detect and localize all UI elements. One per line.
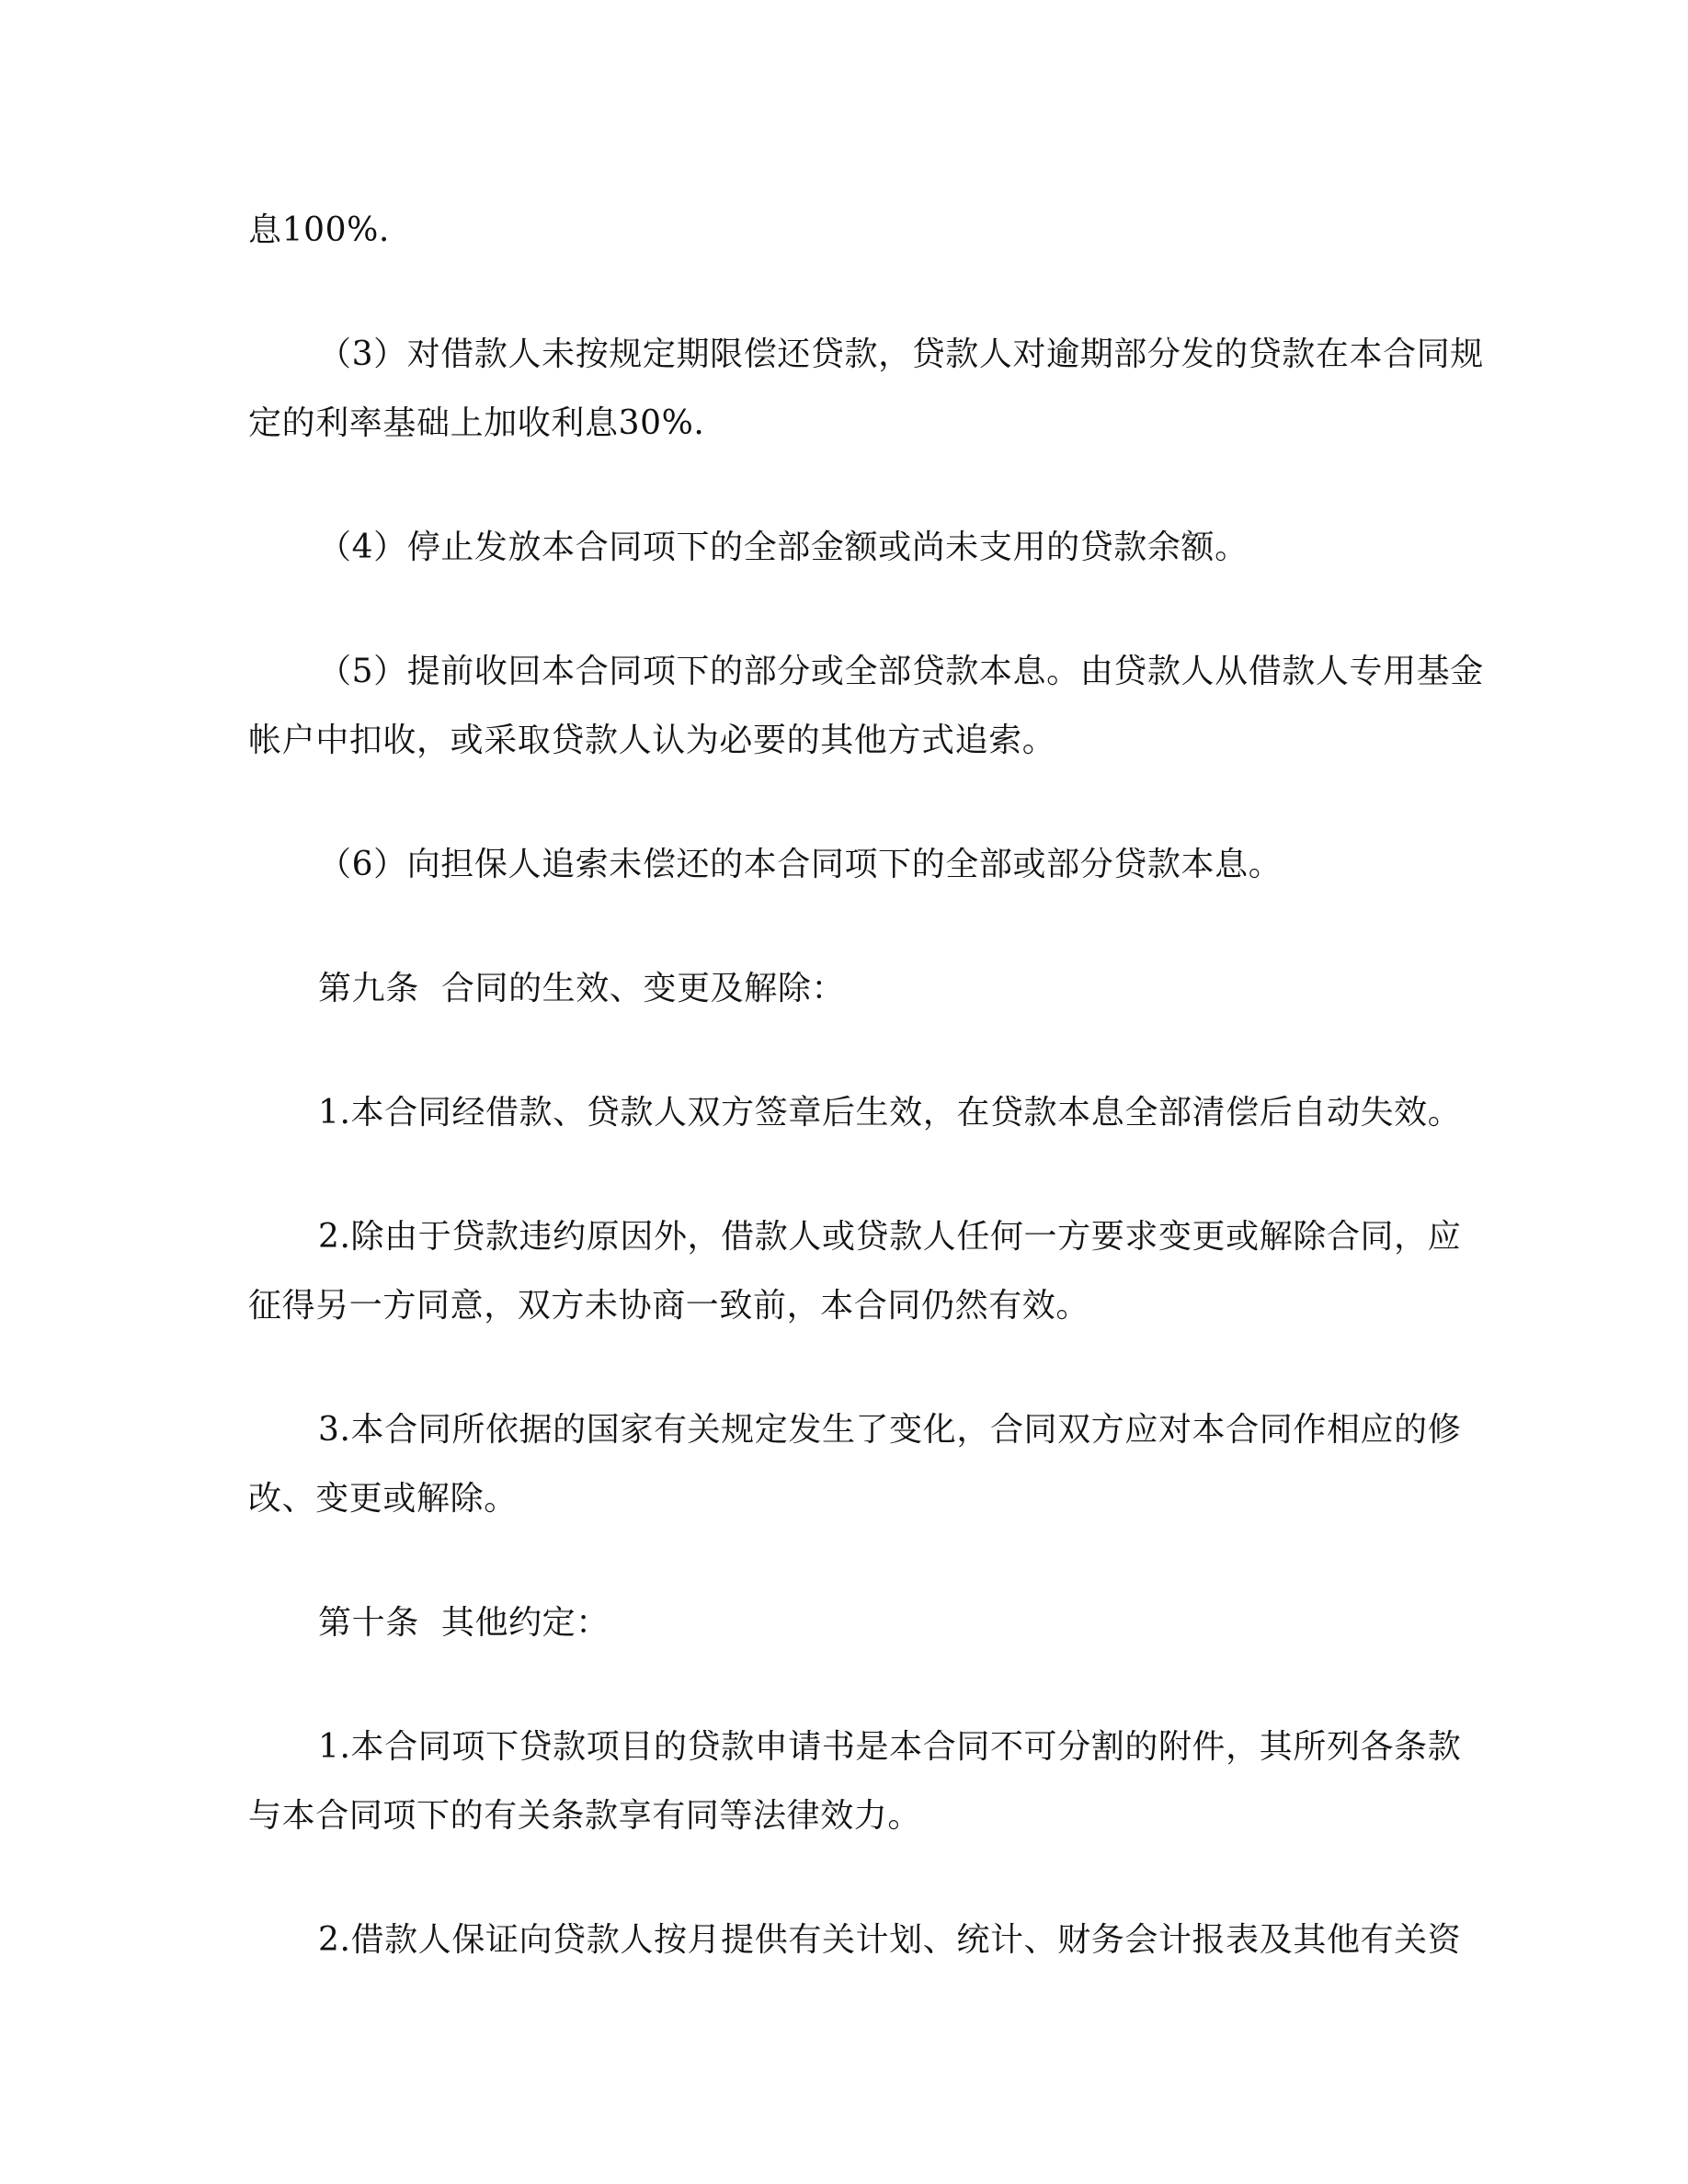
text-line: 与本合同项下的有关条款享有同等法律效力。	[248, 1781, 1434, 1850]
text-line: 1.本合同项下贷款项目的贷款申请书是本合同不可分割的附件，其所列各条款	[248, 1712, 1434, 1781]
document-page: 息100%. （3）对借款人未按规定期限偿还贷款，贷款人对逾期部分发的贷款在本合…	[248, 196, 1434, 2030]
paragraph-article-9-clause-2: 2.除由于贷款违约原因外，借款人或贷款人任何一方要求变更或解除合同，应 征得另一…	[248, 1202, 1434, 1340]
text-line: 帐户中扣收，或采取贷款人认为必要的其他方式追索。	[248, 706, 1434, 775]
paragraph-article-9-clause-1: 1.本合同经借款、贷款人双方签章后生效，在贷款本息全部清偿后自动失效。	[248, 1078, 1434, 1147]
text-line: 2.除由于贷款违约原因外，借款人或贷款人任何一方要求变更或解除合同，应	[248, 1202, 1434, 1271]
paragraph-item-4: （4）停止发放本合同项下的全部金额或尚未支用的贷款余额。	[248, 513, 1434, 582]
text-line: （6）向担保人追索未偿还的本合同项下的全部或部分贷款本息。	[248, 830, 1434, 899]
text-line: （4）停止发放本合同项下的全部金额或尚未支用的贷款余额。	[248, 513, 1434, 582]
heading-text: 第九条 合同的生效、变更及解除：	[248, 954, 1434, 1023]
section-heading-article-10: 第十条 其他约定：	[248, 1588, 1434, 1657]
paragraph-article-9-clause-3: 3.本合同所依据的国家有关规定发生了变化，合同双方应对本合同作相应的修 改、变更…	[248, 1395, 1434, 1533]
text-line: 1.本合同经借款、贷款人双方签章后生效，在贷款本息全部清偿后自动失效。	[248, 1078, 1434, 1147]
text-line: 改、变更或解除。	[248, 1464, 1434, 1533]
paragraph-item-3: （3）对借款人未按规定期限偿还贷款，贷款人对逾期部分发的贷款在本合同规 定的利率…	[248, 320, 1434, 458]
text-line: 息100%.	[248, 196, 1434, 265]
paragraph-interest-100: 息100%.	[248, 196, 1434, 265]
text-line: 3.本合同所依据的国家有关规定发生了变化，合同双方应对本合同作相应的修	[248, 1395, 1434, 1464]
text-line: （3）对借款人未按规定期限偿还贷款，贷款人对逾期部分发的贷款在本合同规	[248, 320, 1434, 389]
text-line: 2.借款人保证向贷款人按月提供有关计划、统计、财务会计报表及其他有关资	[248, 1905, 1434, 1974]
text-line: 定的利率基础上加收利息30%.	[248, 389, 1434, 458]
paragraph-article-10-clause-1: 1.本合同项下贷款项目的贷款申请书是本合同不可分割的附件，其所列各条款 与本合同…	[248, 1712, 1434, 1850]
text-line: （5）提前收回本合同项下的部分或全部贷款本息。由贷款人从借款人专用基金	[248, 637, 1434, 706]
heading-text: 第十条 其他约定：	[248, 1588, 1434, 1657]
paragraph-article-10-clause-2: 2.借款人保证向贷款人按月提供有关计划、统计、财务会计报表及其他有关资	[248, 1905, 1434, 1974]
paragraph-item-6: （6）向担保人追索未偿还的本合同项下的全部或部分贷款本息。	[248, 830, 1434, 899]
text-line: 征得另一方同意，双方未协商一致前，本合同仍然有效。	[248, 1271, 1434, 1340]
paragraph-item-5: （5）提前收回本合同项下的部分或全部贷款本息。由贷款人从借款人专用基金 帐户中扣…	[248, 637, 1434, 775]
section-heading-article-9: 第九条 合同的生效、变更及解除：	[248, 954, 1434, 1023]
